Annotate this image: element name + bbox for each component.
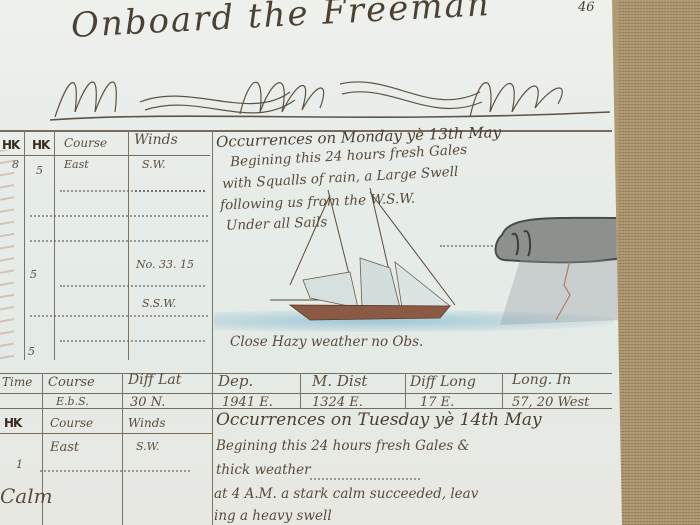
header-hk-2: HK <box>32 138 49 152</box>
occurrence-line: thick weather <box>216 462 311 478</box>
column-divider <box>128 130 129 360</box>
cell-hk2: 5 <box>30 268 37 281</box>
dotted-guide <box>135 190 205 192</box>
summary-diff-long: 17 E. <box>420 395 454 410</box>
occurrence-line: Begining this 24 hours fresh Gales & <box>216 438 470 454</box>
cell-winds-note: No. 33. 15 <box>136 258 194 271</box>
dotted-guide <box>30 315 208 317</box>
summary-longitude: 57, 20 West <box>512 395 589 410</box>
cell-course: East <box>64 158 89 171</box>
header-course: Course <box>48 375 95 390</box>
header-hk-1: HK <box>2 138 19 152</box>
dotted-guide <box>60 285 205 287</box>
column-divider <box>24 130 25 360</box>
logbook-page: 46 Onboard the Freeman HK HK Course Wind… <box>0 0 622 525</box>
summary-course: E.b.S. <box>56 395 89 408</box>
cell-course: East <box>50 440 79 455</box>
cell-hk1: 8 <box>12 158 19 171</box>
bottom-header-rule <box>0 433 212 434</box>
column-divider <box>54 130 55 360</box>
cell-course-calm: Calm <box>0 484 53 508</box>
dotted-guide <box>40 470 190 472</box>
summary-mid-rule <box>0 393 612 394</box>
header-time: Time <box>2 375 32 389</box>
header-diff-long: Diff Long <box>410 374 476 390</box>
header-course: Course <box>50 416 93 430</box>
occurrences-heading-tuesday: Occurrences on Tuesday yè 14th May <box>216 410 542 430</box>
header-winds: Winds <box>134 132 178 148</box>
occurrence-line: at 4 A.M. a stark calm succeeded, leav <box>214 486 478 502</box>
header-winds: Winds <box>128 416 166 430</box>
schooner-illustration <box>270 180 470 330</box>
cell-hk2: 5 <box>28 345 35 358</box>
summary-departure: 1941 E. <box>222 395 273 410</box>
cell-winds: S.S.W. <box>142 297 176 310</box>
dotted-guide <box>310 478 420 480</box>
cell-winds: S.W. <box>136 440 160 453</box>
page-title: Onboard the Freeman <box>70 0 492 46</box>
header-rule <box>0 155 210 156</box>
summary-diff-lat: 30 N. <box>130 395 165 410</box>
occurrence-line: Close Hazy weather no Obs. <box>230 334 423 350</box>
header-departure: Dep. <box>218 372 253 390</box>
dotted-guide <box>60 340 205 342</box>
burlap-background <box>618 0 700 525</box>
header-course: Course <box>64 136 107 150</box>
dotted-guide <box>30 240 208 242</box>
column-divider <box>212 130 213 525</box>
cell-hk2: 5 <box>36 164 43 177</box>
column-divider <box>405 373 406 408</box>
calligraphic-flourish <box>50 62 610 122</box>
page-number: 46 <box>578 0 595 15</box>
summary-meridian-dist: 1324 E. <box>312 395 363 410</box>
header-longitude: Long. In <box>512 372 571 388</box>
margin-flourishes <box>0 150 14 360</box>
squall-cloud-illustration <box>490 210 622 340</box>
column-divider <box>300 373 301 408</box>
header-hk: HK <box>4 416 21 430</box>
column-divider <box>502 373 503 408</box>
dotted-guide <box>30 215 208 217</box>
header-meridian-dist: M. Dist <box>312 372 367 390</box>
header-diff-lat: Diff Lat <box>128 372 181 388</box>
cell-winds: S.W. <box>142 158 166 171</box>
cell-hk: 1 <box>16 458 23 471</box>
occurrence-line: ing a heavy swell <box>214 508 332 524</box>
column-divider <box>122 373 123 525</box>
